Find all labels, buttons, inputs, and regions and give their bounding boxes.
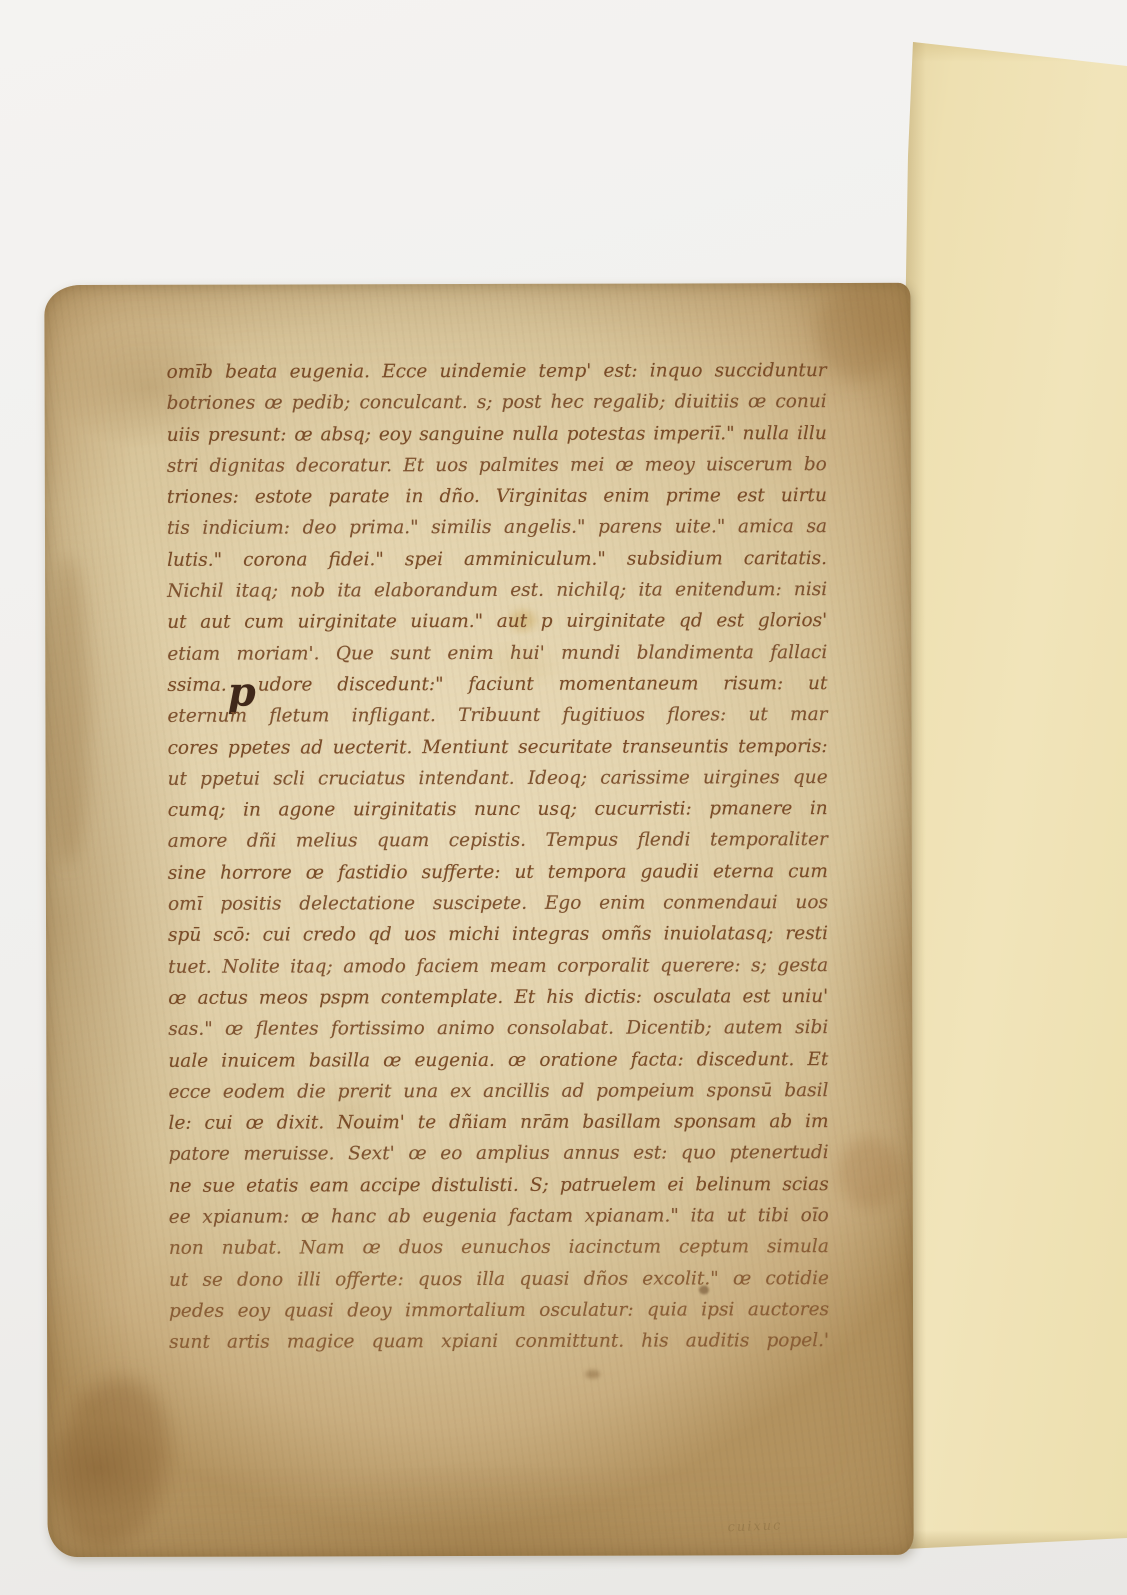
manuscript-line: tuet. Nolite itaq; amodo faciem meam cor… xyxy=(168,955,828,988)
manuscript-line: ecce eodem die prerit una ex ancillis ad… xyxy=(168,1080,828,1113)
flyleaf-page xyxy=(896,36,1127,1552)
manuscript-line: ne sue etatis eam accipe distulisti. S; … xyxy=(169,1174,829,1207)
manuscript-line: ut se dono illi offerte: quos illa quasi… xyxy=(169,1268,829,1301)
manuscript-line: pedes eoy quasi deoy immortalium osculat… xyxy=(169,1299,829,1332)
manuscript-line: eternum fletum infligant. Tribuunt fugit… xyxy=(167,704,827,737)
manuscript-line: omī positis delectatione suscipete. Ego … xyxy=(168,892,828,925)
manuscript-line: ut ppetui scli cruciatus intendant. Ideo… xyxy=(168,767,828,800)
manuscript-line: tis indicium: deo prima." similis angeli… xyxy=(167,517,827,550)
manuscript-line: amore dñi melius quam cepistis. Tempus f… xyxy=(168,830,828,863)
manuscript-line: ut aut cum uirginitate uiuam." aut p uir… xyxy=(167,610,827,643)
stain xyxy=(44,1367,184,1557)
flyleaf-bottom-edge-shading xyxy=(896,1530,1127,1552)
manuscript-line: le: cui œ dixit. Nouim' te dñiam nrām ba… xyxy=(169,1111,829,1144)
flyleaf-top-edge-shading xyxy=(896,36,1127,62)
manuscript-line: œ actus meos pspm contemplate. Et his di… xyxy=(168,986,828,1019)
parchment-page: omīb beata eugenia. Ecce uindemie temp' … xyxy=(44,283,913,1557)
manuscript-line: uale inuicem basilla œ eugenia. œ oratio… xyxy=(168,1049,828,1082)
manuscript-line: sine horrore œ fastidio sufferte: ut tem… xyxy=(168,861,828,894)
manuscript-line: spū scō: cui credo qd uos michi integras… xyxy=(168,923,828,956)
manuscript-line: etiam moriam'. Que sunt enim hui' mundi … xyxy=(167,642,827,675)
manuscript-line: cumq; in agone uirginitatis nunc usq; cu… xyxy=(168,798,828,831)
manuscript-line: cores ppetes ad uecterit. Mentiunt secur… xyxy=(168,736,828,769)
manuscript-line: lutis." corona fidei." spei amminiculum.… xyxy=(167,548,827,581)
manuscript-line: omīb beata eugenia. Ecce uindemie temp' … xyxy=(167,360,827,393)
manuscript-line: sunt artis magice quam xpiani conmittunt… xyxy=(169,1330,829,1363)
manuscript-line: uiis presunt: œ absq; eoy sanguine nulla… xyxy=(167,423,827,456)
photo-backdrop: omīb beata eugenia. Ecce uindemie temp' … xyxy=(0,0,1127,1595)
manuscript-line: triones: estote parate in dño. Virginita… xyxy=(167,485,827,518)
manuscript-line: patore meruisse. Sext' œ eo amplius annu… xyxy=(169,1143,829,1176)
manuscript-line: sas." œ flentes fortissimo animo consola… xyxy=(168,1017,828,1050)
manuscript-line: stri dignitas decoratur. Et uos palmites… xyxy=(167,454,827,487)
stain xyxy=(816,289,900,381)
stain xyxy=(47,555,90,865)
stain xyxy=(585,1370,600,1379)
manuscript-line: ssima.pudore discedunt:" faciunt momenta… xyxy=(167,673,827,706)
stain xyxy=(839,1137,901,1209)
manuscript-line: botriones œ pedib; conculcant. s; post h… xyxy=(167,391,827,424)
manuscript-line: non nubat. Nam œ duos eunuchos iacinctum… xyxy=(169,1236,829,1269)
manuscript-line: Nichil itaq; nob ita elaborandum est. ni… xyxy=(167,579,827,612)
quire-mark: cuixuc xyxy=(727,1518,782,1535)
manuscript-line: ee xpianum: œ hanc ab eugenia factam xpi… xyxy=(169,1205,829,1238)
text-block: omīb beata eugenia. Ecce uindemie temp' … xyxy=(167,360,830,1363)
